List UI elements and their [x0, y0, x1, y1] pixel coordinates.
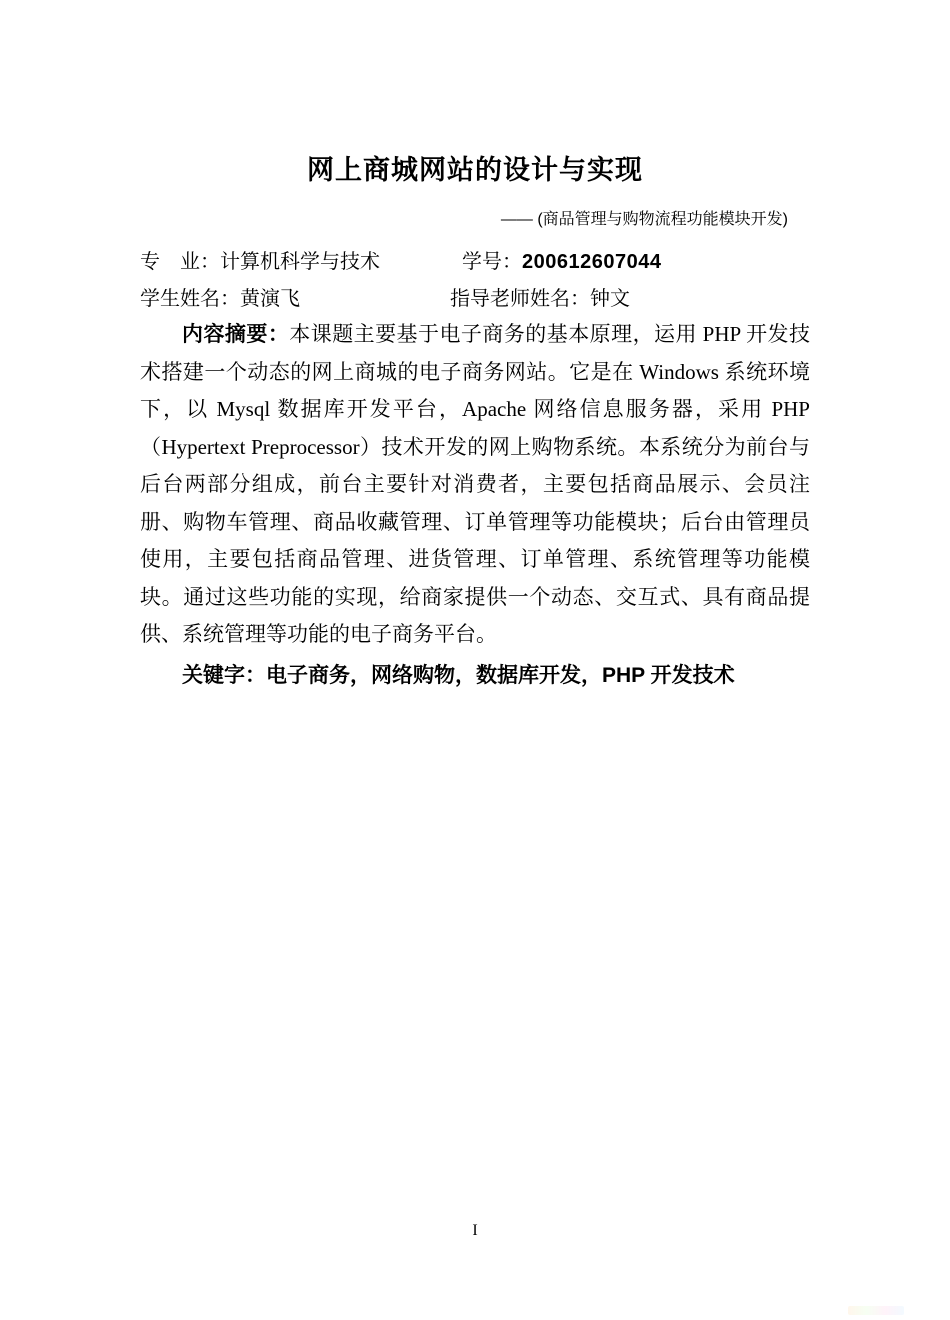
advisor-name-label: 指导老师姓名：	[450, 288, 590, 310]
student-id-value: 200612607044	[522, 251, 661, 273]
student-id-label: 学号：	[462, 251, 522, 273]
student-name-label: 学生姓名：	[140, 288, 240, 310]
keywords-text: 电子商务，网络购物，数据库开发，PHP 开发技术	[266, 664, 735, 687]
abstract-text: 本课题主要基于电子商务的基本原理，运用 PHP 开发技术搭建一个动态的网上商城的…	[140, 322, 810, 646]
document-page: 网上商城网站的设计与实现 —— (商品管理与购物流程功能模块开发) 专 业：计算…	[0, 0, 950, 1320]
major-label: 专 业：	[140, 251, 220, 273]
major-value: 计算机科学与技术	[220, 251, 380, 273]
page-title: 网上商城网站的设计与实现	[0, 148, 950, 187]
info-row-names: 学生姓名：黄演飞 指导老师姓名：钟文	[140, 282, 810, 306]
thesis-subtitle: —— (商品管理与购物流程功能模块开发)	[140, 206, 788, 229]
student-name-value: 黄演飞	[240, 288, 300, 310]
student-name-field: 学生姓名：黄演飞	[140, 282, 300, 311]
student-id-field: 学号：200612607044	[462, 245, 661, 274]
abstract-paragraph: 内容摘要：本课题主要基于电子商务的基本原理，运用 PHP 开发技术搭建一个动态的…	[140, 316, 810, 654]
advisor-name-value: 钟文	[590, 288, 630, 310]
keywords-label: 关键字：	[182, 664, 266, 687]
major-field: 专 业：计算机科学与技术	[140, 245, 380, 274]
advisor-name-field: 指导老师姓名：钟文	[450, 282, 630, 311]
info-row-major-id: 专 业：计算机科学与技术 学号：200612607044	[140, 245, 810, 269]
watermark	[848, 1306, 904, 1315]
keywords-line: 关键字：电子商务，网络购物，数据库开发，PHP 开发技术	[140, 657, 810, 695]
abstract-section: 内容摘要：本课题主要基于电子商务的基本原理，运用 PHP 开发技术搭建一个动态的…	[140, 316, 810, 694]
abstract-label: 内容摘要：	[182, 323, 289, 346]
page-number: I	[0, 1222, 950, 1240]
